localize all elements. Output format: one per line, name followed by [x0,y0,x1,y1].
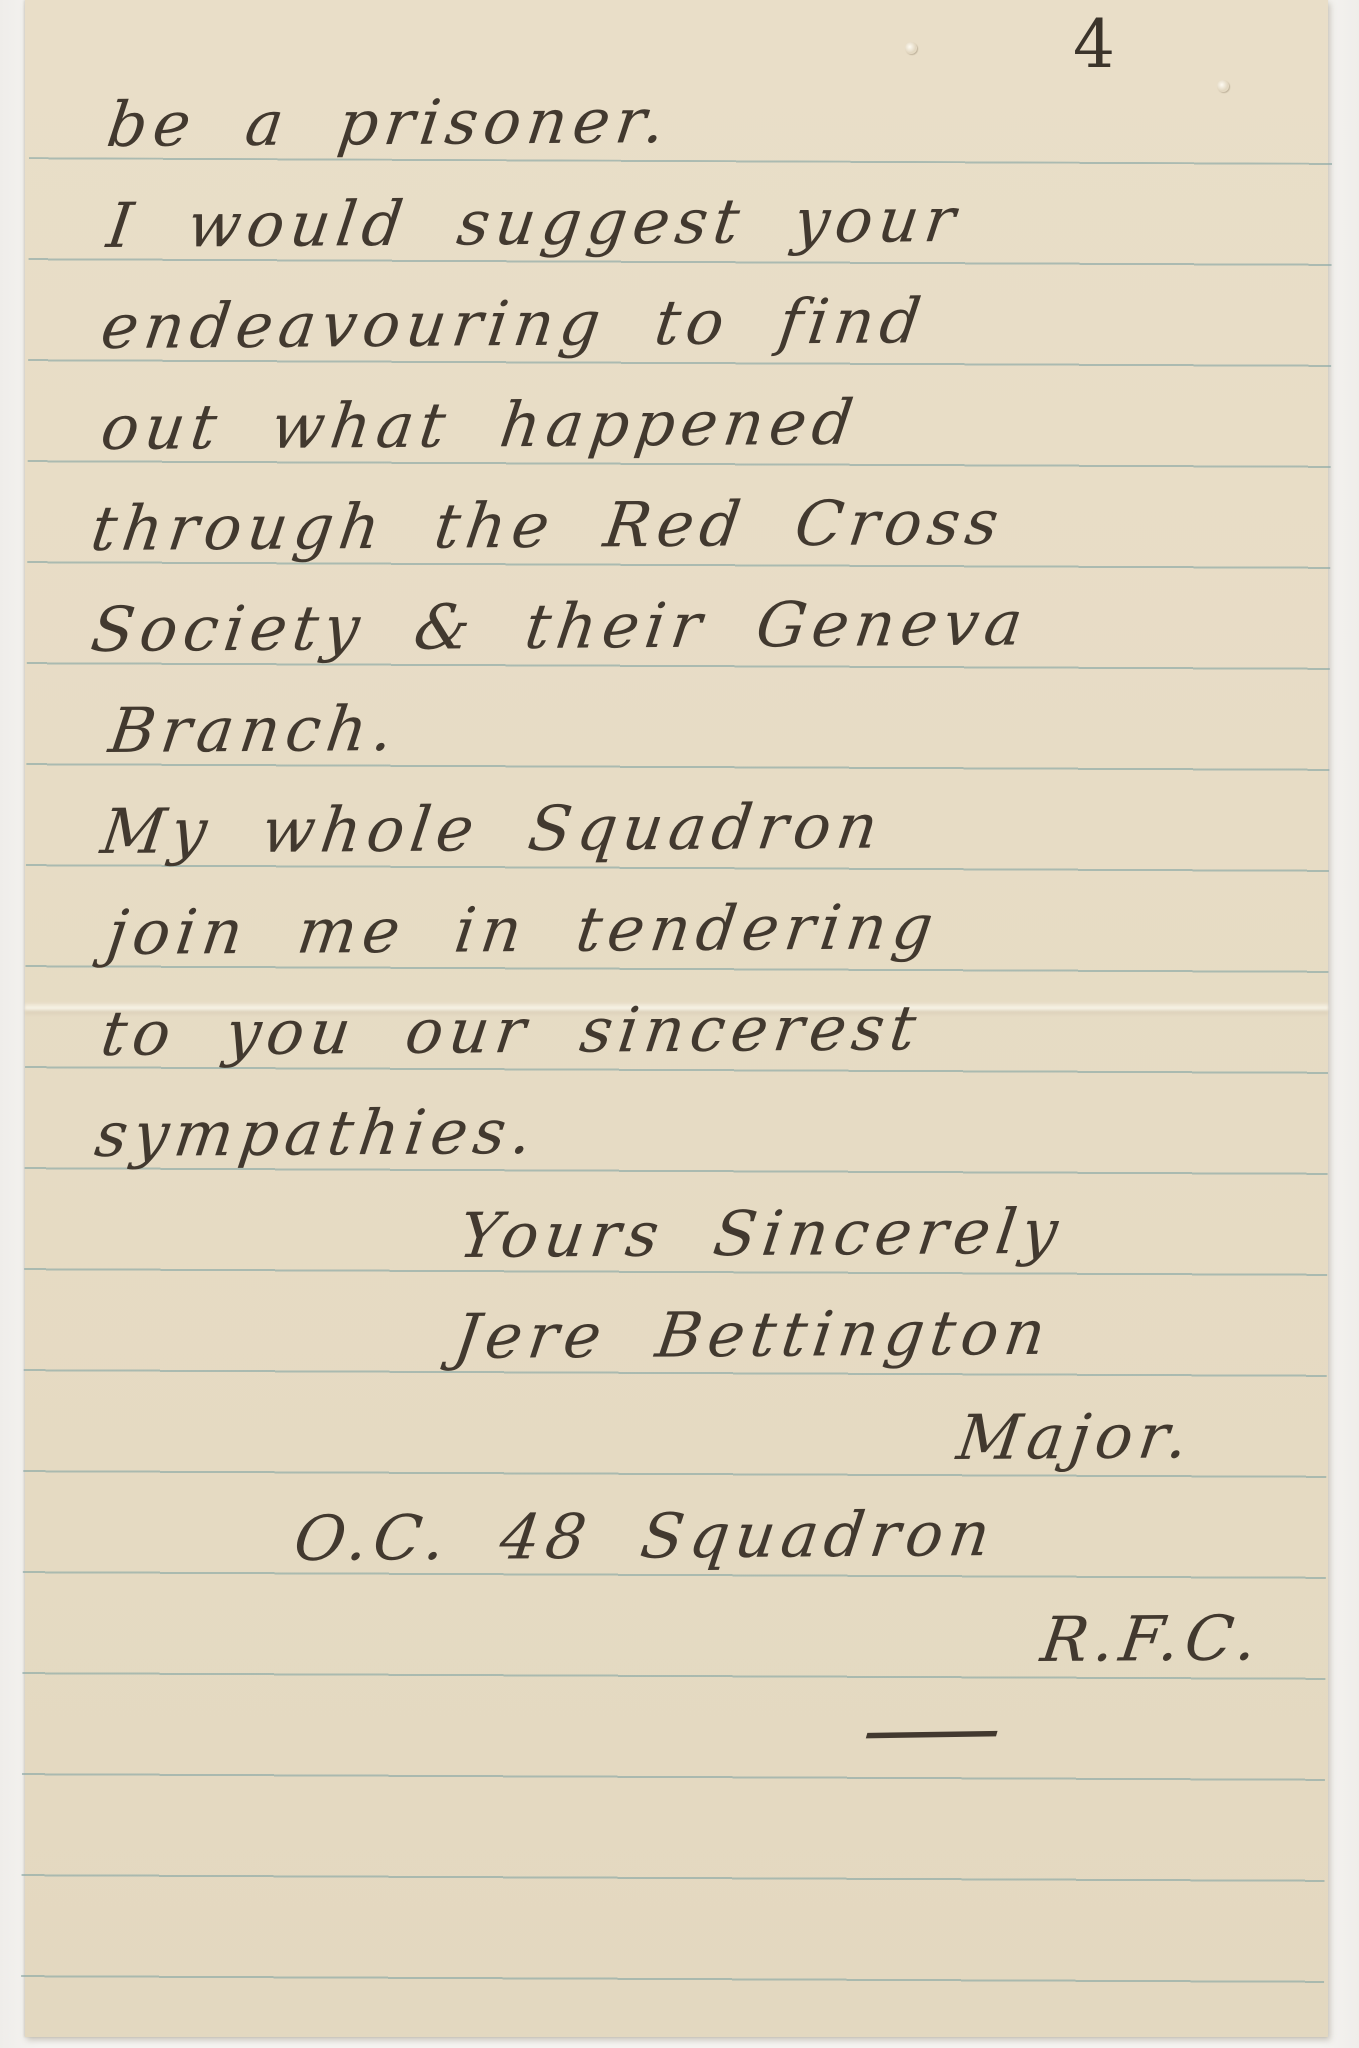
letter-line: out what happened [97,386,863,464]
page-number: 4 [1073,6,1115,83]
signature-name: Jere Bettington [450,1296,1056,1373]
signature-flourish: — [858,1678,1005,1778]
letter-paper: 4 be a prisoner. I would suggest your en… [25,0,1328,2037]
signature-unit: O.C. 48 Squadron [290,1497,1000,1575]
letter-line: sympathies. [91,1095,542,1171]
letter-line: to you our sincerest [97,991,926,1070]
letter-line: through the Red Cross [87,486,1009,565]
letter-line: Branch. [105,692,403,767]
paper-blemish [905,42,917,54]
letter-line: be a prisoner. [103,84,676,161]
letter-line: join me in tendering [103,890,943,969]
letter-line: My whole Squadron [97,790,888,868]
letter-line: endeavouring to find [97,284,931,363]
scanned-letter-page: 4 be a prisoner. I would suggest your en… [0,0,1359,2048]
closing-valediction: Yours Sincerely [455,1195,1068,1272]
signature-rank: Major. [953,1399,1199,1474]
signature-corps: R.F.C. [1037,1601,1267,1676]
paper-blemish [1217,80,1229,92]
letter-line: I would suggest your [103,183,966,262]
letter-line: Society & their Geneva [87,586,1033,666]
